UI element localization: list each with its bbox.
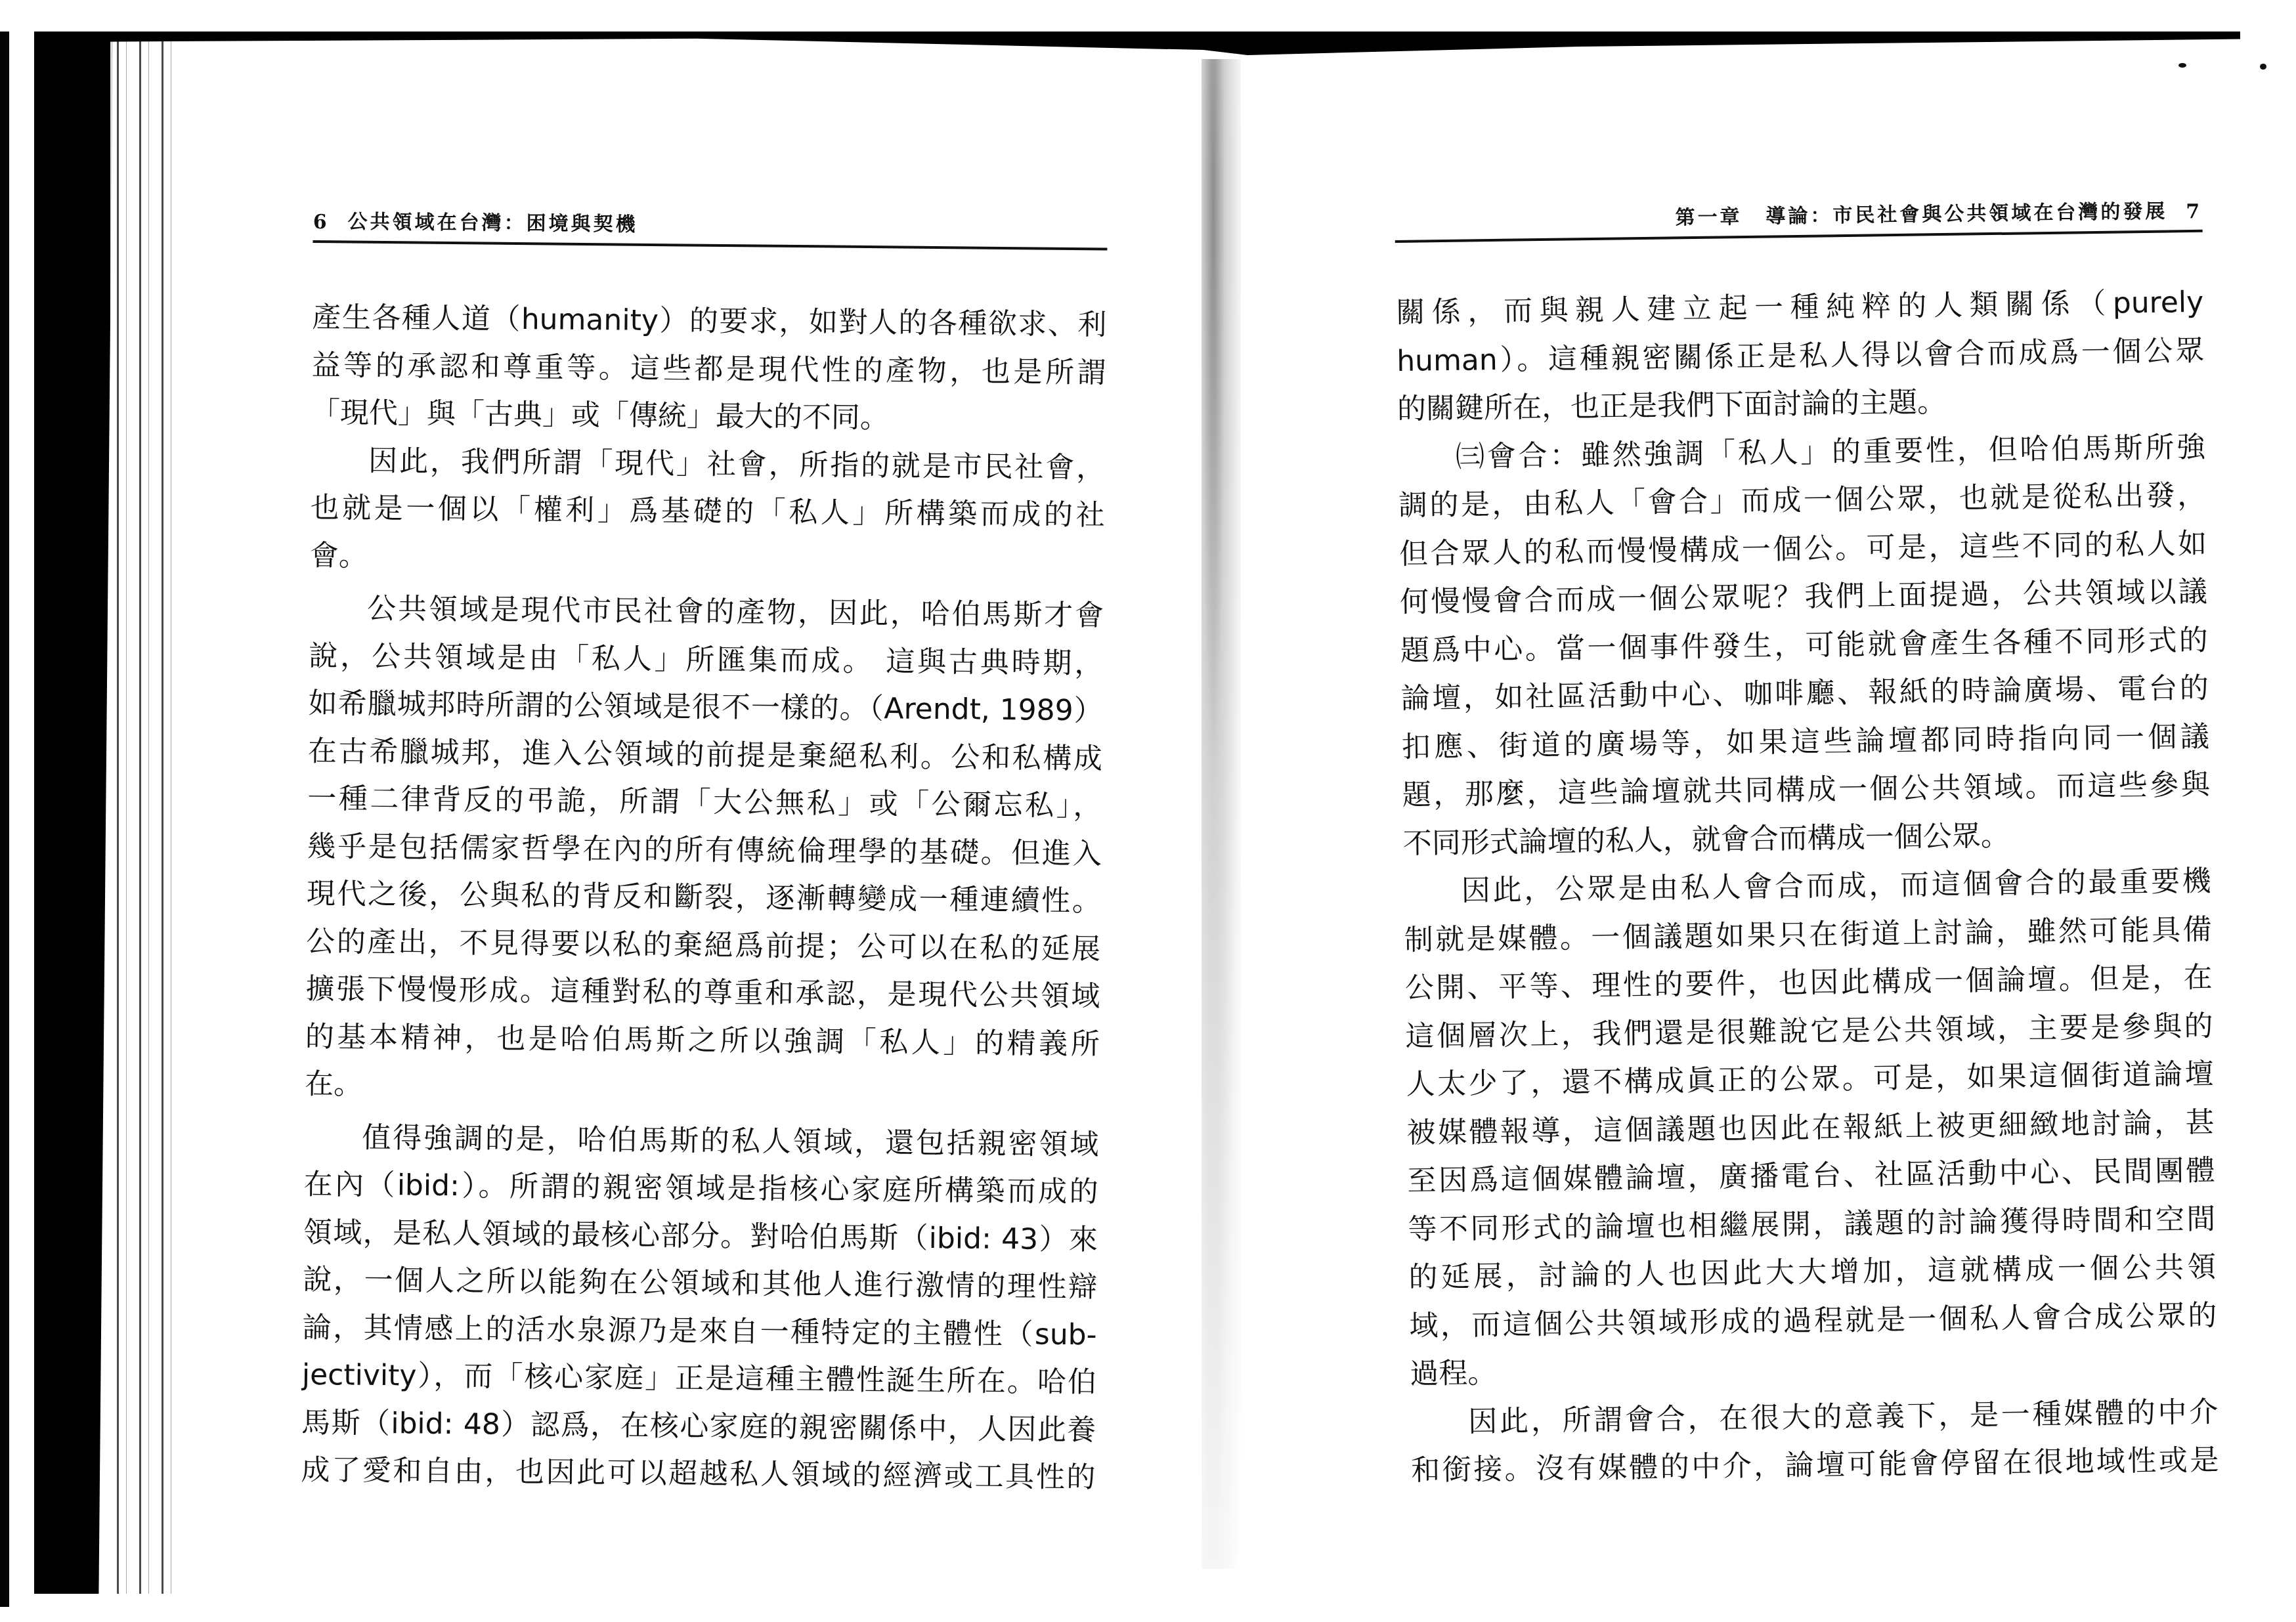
left-body-text: 產生各種人道（humanity）的要求，如對人的各種欲求、利益等的承認和尊重等。… [301, 294, 1106, 1502]
text-line: 成了愛和自由，也因此可以超越私人領域的經濟或工具性的 [301, 1447, 1096, 1502]
gutter-shadow [1202, 59, 1241, 1569]
text-line: 會。 [310, 532, 1105, 587]
text-line: 幾乎是包括儒家哲學在內的所有傳統倫理學的基礎。但進入 [307, 822, 1102, 878]
page-edges [110, 38, 173, 1594]
page-number: 6 [313, 211, 330, 234]
chapter-label: 第一章 [1675, 200, 1743, 230]
text-line: 「現代」與「古典」或「傳統」最大的不同。 [311, 389, 1106, 444]
text-line: 說，一個人之所以能夠在公領域和其他人進行激情的理性辯 [303, 1256, 1098, 1312]
text-line: 馬斯（ibid: 48）認爲，在核心家庭的親密關係中，人因此養 [301, 1399, 1096, 1454]
text-line: 產生各種人道（humanity）的要求，如對人的各種欲求、利 [312, 294, 1107, 349]
text-line: 因此，我們所謂「現代」社會，所指的就是市民社會， [311, 437, 1106, 492]
text-line: 領域，是私人領域的最核心部分。對哈伯馬斯（ibid: 43）來 [303, 1208, 1098, 1264]
text-line: 值得強調的是，哈伯馬斯的私人領域，還包括親密領域 [304, 1113, 1099, 1168]
chapter-title: 導論：市民社會與公共領域在台灣的發展 [1765, 195, 2168, 229]
text-line: 益等的承認和尊重等。這些都是現代性的產物，也是所謂 [311, 341, 1106, 396]
text-line: 和銜接。沒有媒體的中介，論壇可能會停留在很地域性或是 [1411, 1436, 2219, 1495]
left-page: 6 公共領域在台灣：困境與契機 產生各種人道（humanity）的要求，如對人的… [315, 0, 1110, 8]
text-line: 公共領域是現代市民社會的產物，因此，哈伯馬斯才會 [309, 585, 1104, 640]
scan-speck [2178, 63, 2186, 68]
text-line: 的基本精神，也是哈伯馬斯之所以強調「私人」的精義所 [305, 1013, 1100, 1068]
text-line: 論，其情感上的活水泉源乃是來自一種特定的主體性（sub- [302, 1304, 1097, 1359]
text-line: jectivity），而「核心家庭」正是這種主體性誕生所在。哈伯 [302, 1352, 1097, 1407]
text-line: 擴張下慢慢形成。這種對私的尊重和承認，是現代公共領域 [305, 966, 1100, 1021]
text-line: 如希臘城邦時所謂的公領域是很不一樣的。（Arendt, 1989） [308, 680, 1103, 735]
text-line: 一種二律背反的弔詭，所謂「大公無私」或「公爾忘私」， [307, 775, 1102, 830]
top-scan-shadow [34, 32, 2240, 55]
text-line: 在古希臘城邦，進入公領域的前提是棄絕私利。公和私構成 [308, 727, 1103, 782]
left-running-head: 6 公共領域在台灣：困境與契機 [313, 209, 1107, 251]
page-number: 7 [2186, 200, 2202, 223]
scan-edge-bar [0, 32, 9, 1607]
text-line: 也就是一個以「權利」爲基礎的「私人」所構築而成的社 [310, 484, 1105, 540]
text-line: 公的產出，不見得要以私的棄絕爲前提；公可以在私的延展 [306, 918, 1101, 973]
book-spine-shadow [34, 32, 113, 1594]
right-body-text: 關係，而與親人建立起一種純粹的人類關係（purelyhuman）。這種親密關係正… [1396, 278, 2219, 1495]
text-line: 說，公共領域是由「私人」所匯集而成。 這與古典時期， [309, 632, 1104, 687]
text-line: 現代之後，公與私的背反和斷裂，逐漸轉變成一種連續性。 [307, 870, 1102, 926]
right-running-head: 第一章 導論：市民社會與公共領域在台灣的發展 7 [1395, 198, 2203, 243]
book-title: 公共領域在台灣：困境與契機 [347, 205, 638, 236]
text-line: 在。 [305, 1061, 1100, 1116]
scan-speck [2260, 64, 2266, 70]
text-line: 在內（ibid:）。所謂的親密領域是指核心家庭所構築而成的 [303, 1161, 1098, 1216]
